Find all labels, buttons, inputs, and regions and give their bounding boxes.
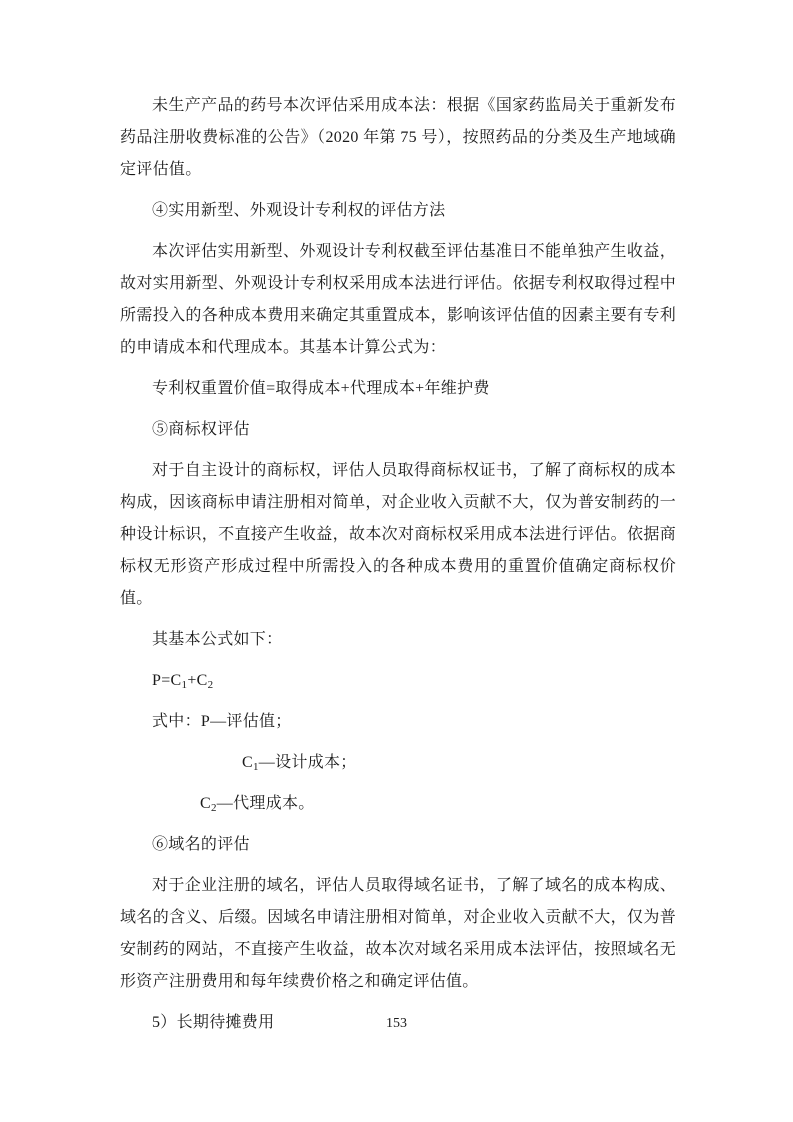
formula-p-equals-c1-plus-c2: P=C1+C2 [120,665,676,697]
formula-mid: +C [187,672,207,689]
paragraph-formula-intro: 其基本公式如下： [120,624,676,656]
heading-trademark-valuation: ⑤商标权评估 [120,414,676,446]
definition-c2-text: —代理成本。 [217,795,315,812]
paragraph-drug-cost-method: 未生产产品的药号本次评估采用成本法：根据《国家药监局关于重新发布药品注册收费标准… [120,90,676,186]
formula-subscript-2: 2 [208,679,214,691]
definition-p: 式中：P—评估值； [120,706,676,738]
document-page: 未生产产品的药号本次评估采用成本法：根据《国家药监局关于重新发布药品注册收费标准… [0,0,793,1122]
document-body: 未生产产品的药号本次评估采用成本法：根据《国家药监局关于重新发布药品注册收费标准… [120,90,676,1048]
paragraph-trademark-valuation: 对于自主设计的商标权，评估人员取得商标权证书，了解了商标权的成本构成，因该商标申… [120,455,676,615]
definition-c1-text: —设计成本； [259,754,357,771]
heading-patent-method: ④实用新型、外观设计专利权的评估方法 [120,195,676,227]
definition-c2: C2—代理成本。 [200,788,676,820]
page-number: 153 [0,1012,793,1036]
paragraph-domain-valuation: 对于企业注册的域名，评估人员取得域名证书，了解了域名的成本构成、域名的含义、后缀… [120,870,676,998]
definition-c2-base: C [200,795,211,812]
heading-domain-valuation: ⑥域名的评估 [120,829,676,861]
formula-patent-replacement-value: 专利权重置价值=取得成本+代理成本+年维护费 [120,373,676,405]
formula-base: P=C [152,672,182,689]
definition-c1-base: C [242,754,253,771]
definition-c1: C1—设计成本； [242,747,676,779]
paragraph-patent-method: 本次评估实用新型、外观设计专利权截至评估基准日不能单独产生收益，故对实用新型、外… [120,236,676,364]
